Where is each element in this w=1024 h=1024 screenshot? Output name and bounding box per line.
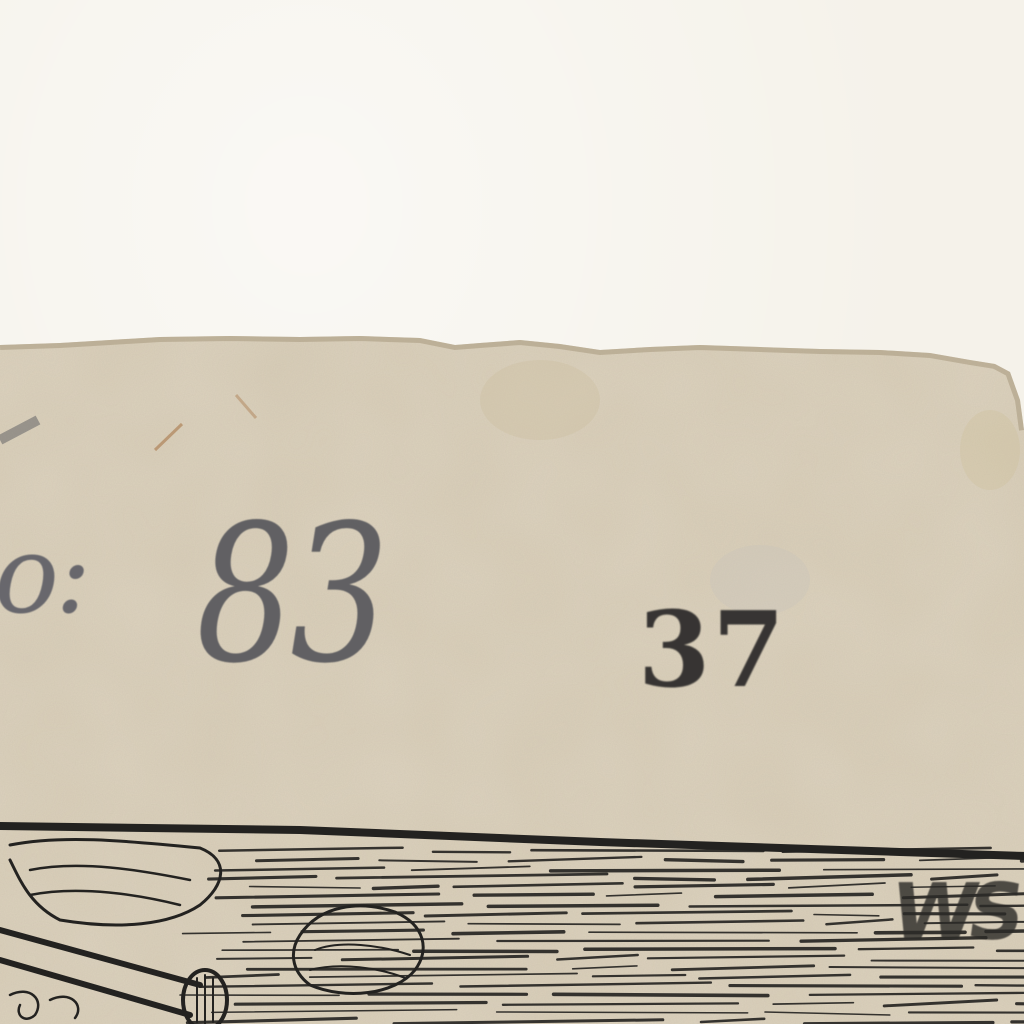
paper-and-engraving bbox=[0, 0, 1024, 1024]
ink-annotation-number: 37 bbox=[638, 598, 787, 702]
engraver-monogram: WS bbox=[886, 868, 1021, 958]
pencil-annotation-prefix: o: bbox=[0, 522, 87, 630]
pencil-annotation-number: 83 bbox=[196, 500, 384, 690]
paper bbox=[0, 330, 1024, 1024]
print-sheet: o: 83 37 WS bbox=[0, 0, 1024, 1024]
